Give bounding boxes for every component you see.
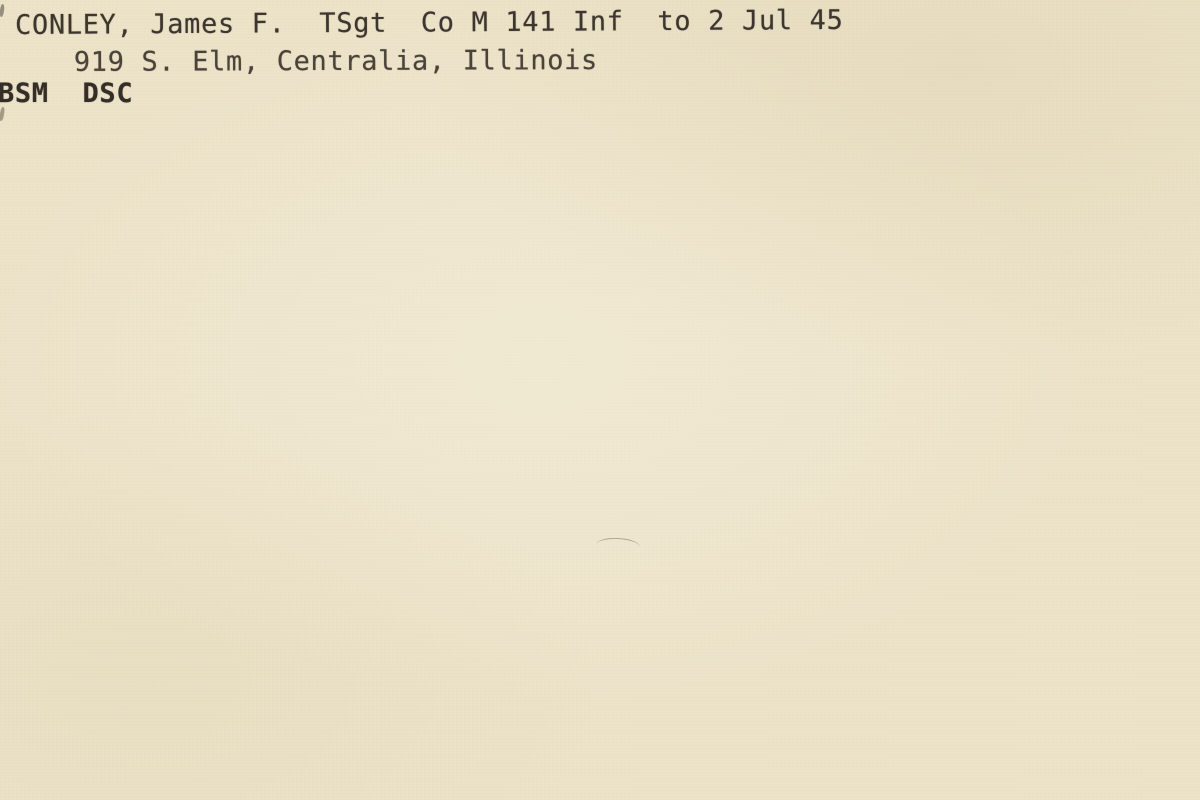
typed-line-name-unit: CONLEY, James F. TSgt Co M 141 Inf to 2 … [15,7,844,39]
typed-line-awards: BSM DSC [0,80,133,107]
ink-mark-left-edge [0,107,5,121]
index-card: CONLEY, James F. TSgt Co M 141 Inf to 2 … [0,0,1200,800]
ink-speck-top-left [0,4,5,17]
typed-line-address: 919 S. Elm, Centralia, Illinois [40,47,598,76]
pencil-arc-mark [596,537,641,555]
